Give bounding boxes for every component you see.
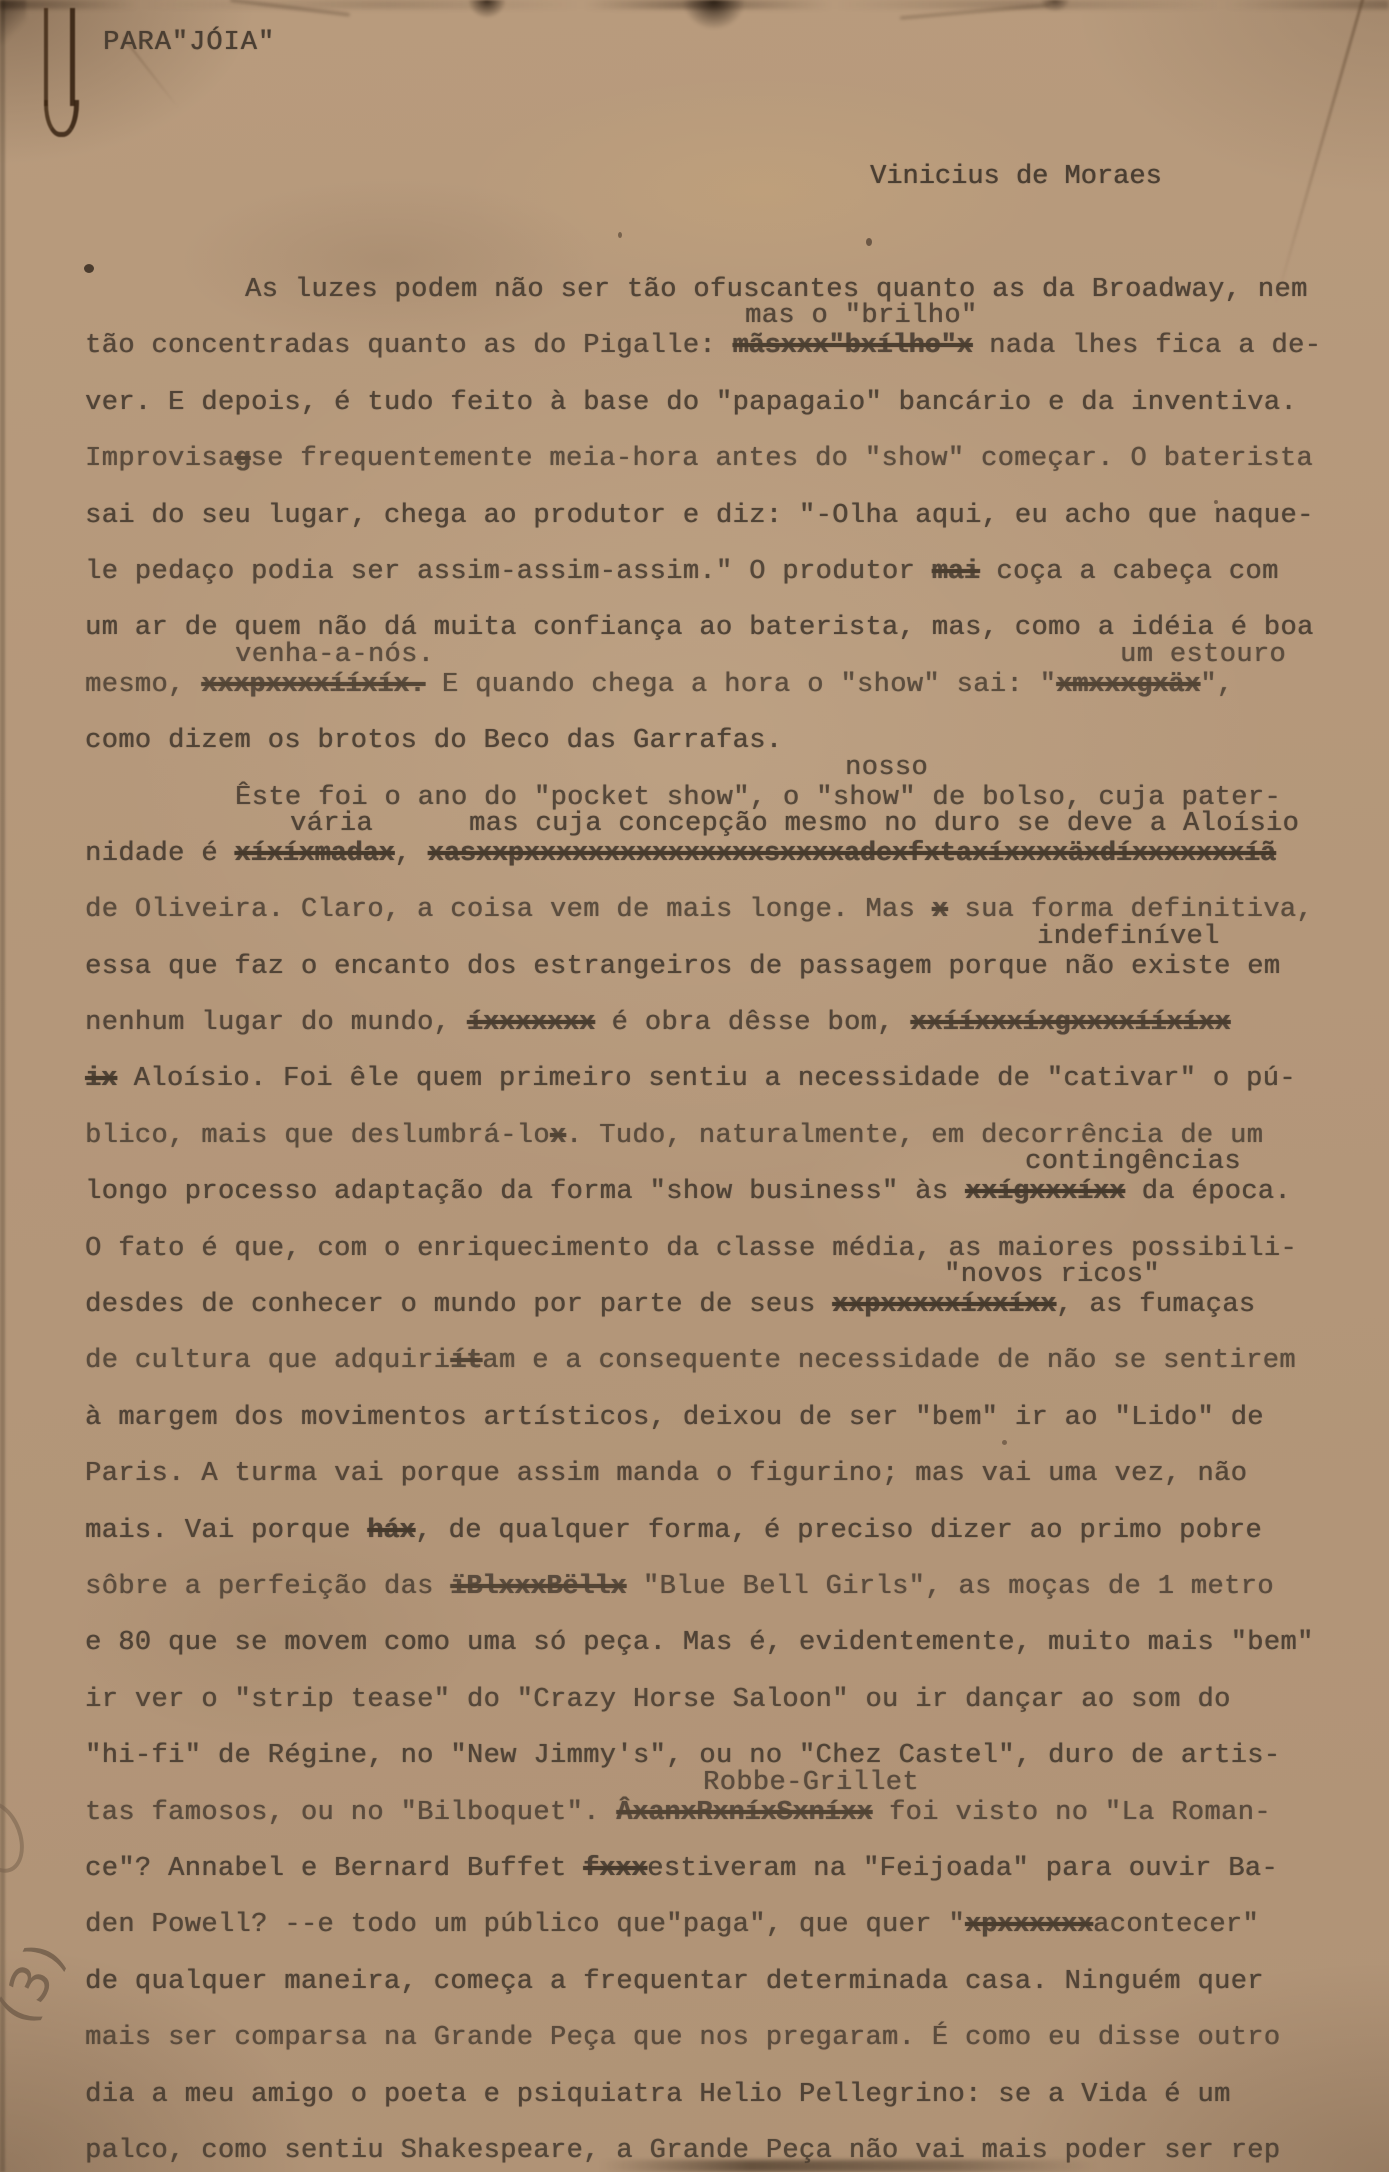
typed-text: mais ser comparsa na Grande Peça que nos… <box>85 2023 1280 2053</box>
paper-wrinkle <box>900 3 1050 19</box>
typed-line: sôbre a perfeição das ïBlxxxBëllx "Blue … <box>85 1559 1379 1615</box>
typed-text: à margem dos movimentos artísticos, deix… <box>85 1403 1264 1433</box>
typed-text: , de qualquer forma, é preciso dizer ao … <box>415 1516 1262 1546</box>
typed-line: "novos ricos"desdes de conhecer o mundo … <box>85 1277 1379 1333</box>
typed-text: se frequentemente meia-hora antes do "sh… <box>250 444 1313 474</box>
typed-text: "hi-fi" de Régine, no "New Jimmy's", ou … <box>85 1741 1280 1771</box>
manuscript-page: PARA"JÓIA" Vinicius de Moraes (3) As luz… <box>0 0 1389 2172</box>
paperclip-mark <box>44 8 75 106</box>
typed-line: Improvisagse frequentemente meia-hora an… <box>85 431 1379 487</box>
typed-text: desdes de conhecer o mundo por parte de … <box>85 1290 832 1320</box>
typed-line: Paris. A turma vai porque assim manda o … <box>85 1446 1379 1502</box>
typed-text: sai do seu lugar, chega ao produtor e di… <box>85 501 1314 531</box>
strikethrough-text: x <box>932 895 948 925</box>
page-number-handwritten: (3) <box>0 1930 79 2033</box>
strikethrough-text: íxxxxxxx <box>467 1008 595 1038</box>
typed-line: à margem dos movimentos artísticos, deix… <box>85 1390 1379 1446</box>
typed-line: venha-a-nós.um estouromesmo, xxxpxxxxííx… <box>85 657 1379 713</box>
strikethrough-text: xxííxxxíxgxxxxííxíxx <box>910 1008 1230 1038</box>
typed-line: ce"? Annabel e Bernard Buffet fxxxestive… <box>85 1841 1379 1897</box>
typed-line: le pedaço podia ser assim-assim-assim." … <box>85 544 1379 600</box>
typed-text: am e a consequente necessidade de não se… <box>482 1346 1296 1376</box>
typed-text: e 80 que se movem como uma só peça. Mas … <box>85 1628 1314 1658</box>
interline-insertion: "novos ricos" <box>944 1262 1160 1289</box>
strikethrough-text: fxxx <box>583 1854 647 1884</box>
typed-line: Robbe-Grillettas famosos, ou no "Bilboqu… <box>85 1785 1379 1841</box>
typed-line: indefinívelessa que faz o encanto dos es… <box>85 939 1379 995</box>
typed-line: As luzes podem não ser tão ofuscantes qu… <box>85 262 1379 318</box>
typed-text: blico, mais que deslumbrá-lo <box>85 1121 550 1151</box>
strikethrough-text: g <box>234 444 250 474</box>
paper-crease <box>1274 0 1365 304</box>
typed-text: Improvisa <box>85 444 234 474</box>
typescript-body: As luzes podem não ser tão ofuscantes qu… <box>85 262 1379 2172</box>
typed-text: mais. Vai porque <box>85 1516 367 1546</box>
typed-text: essa que faz o encanto dos estrangeiros … <box>85 952 1280 982</box>
typed-text: nidade é <box>85 839 234 869</box>
interline-insertion: mas cuja concepção mesmo no duro se deve… <box>469 811 1299 838</box>
typed-text: coça a cabeça com <box>980 557 1279 587</box>
typed-text: nada lhes fica a de- <box>973 331 1322 361</box>
paper-tear <box>468 0 506 18</box>
typed-text: ce"? Annabel e Bernard Buffet <box>85 1854 583 1884</box>
typed-text: tão concentradas quanto as do Pigalle: <box>85 331 733 361</box>
typed-line: O fato é que, com o enriquecimento da cl… <box>85 1221 1379 1277</box>
typed-text: de cultura que adquiri <box>85 1346 450 1376</box>
strikethrough-text: x <box>550 1121 566 1151</box>
typed-line: mas o "brilho"tão concentradas quanto as… <box>85 318 1379 374</box>
author-name: Vinicius de Moraes <box>870 162 1162 192</box>
typed-text: de Oliveira. Claro, a coisa vem de mais … <box>85 895 932 925</box>
strikethrough-text: xíxíxmadax <box>234 839 394 869</box>
strikethrough-text: ix <box>85 1064 117 1094</box>
strikethrough-text: háx <box>367 1516 415 1546</box>
typed-line: palco, como sentiu Shakespeare, a Grande… <box>85 2123 1379 2172</box>
typed-text: de qualquer maneira, começa a frequentar… <box>85 1967 1264 1997</box>
typed-line: contingênciaslongo processo adaptação da… <box>85 1164 1379 1220</box>
interline-insertion: indefinível <box>1037 924 1220 951</box>
typed-text: dia a meu amigo o poeta e psiquiatra Hel… <box>85 2080 1231 2110</box>
interline-insertion: vária <box>290 811 373 838</box>
margin-pencil-mark <box>0 1794 33 1880</box>
torn-top-edge <box>0 0 1389 9</box>
typed-text: sôbre a perfeição das <box>85 1572 450 1602</box>
typed-text: acontecer" <box>1093 1910 1259 1940</box>
typed-line: mais. Vai porque háx, de qualquer forma,… <box>85 1503 1379 1559</box>
strikethrough-text: xxxpxxxxííxíx. <box>201 670 425 700</box>
typed-text: tas famosos, ou no "Bilboquet". <box>85 1798 616 1828</box>
ink-dot <box>866 238 872 246</box>
typed-line: de qualquer maneira, começa a frequentar… <box>85 1954 1379 2010</box>
typed-text: como dizem os brotos do Beco das Garrafa… <box>85 726 782 756</box>
typed-text: le pedaço podia ser assim-assim-assim." … <box>85 557 932 587</box>
corner-shadow <box>0 0 26 44</box>
typed-text: estiveram na "Feijoada" para ouvir Ba- <box>647 1854 1278 1884</box>
typed-line: dia a meu amigo o poeta e psiquiatra Hel… <box>85 2067 1379 2123</box>
typed-line: e 80 que se movem como uma só peça. Mas … <box>85 1615 1379 1671</box>
strikethrough-text: ít <box>450 1346 482 1376</box>
typed-text: Paris. A turma vai porque assim manda o … <box>85 1459 1247 1489</box>
typed-text: "Blue Bell Girls", as moças de 1 metro <box>626 1572 1274 1602</box>
recipient-label: PARA"JÓIA" <box>103 28 275 58</box>
ink-dot <box>618 232 622 238</box>
typed-text: foi visto no "La Roman- <box>872 1798 1270 1828</box>
typed-text: ir ver o "strip tease" do "Crazy Horse S… <box>85 1685 1231 1715</box>
typed-line: váriamas cuja concepção mesmo no duro se… <box>85 826 1379 882</box>
strikethrough-text: mai <box>932 557 980 587</box>
typed-text: um ar de quem não dá muita confiança ao … <box>85 613 1314 643</box>
typed-text: ver. E depois, é tudo feito à base do "p… <box>85 388 1297 418</box>
strikethrough-text: xpxxxxxx <box>965 1910 1093 1940</box>
typed-line: como dizem os brotos do Beco das Garrafa… <box>85 713 1379 769</box>
typed-text: Aloísio. Foi êle quem primeiro sentiu a … <box>117 1064 1296 1094</box>
typed-text: , as fumaças <box>1056 1290 1255 1320</box>
typed-text: da época. <box>1125 1177 1291 1207</box>
typed-text: den Powell? --e todo um público que"paga… <box>85 1910 965 1940</box>
interline-insertion: venha-a-nós. <box>235 642 434 669</box>
typed-line: ir ver o "strip tease" do "Crazy Horse S… <box>85 1672 1379 1728</box>
typed-text: palco, como sentiu Shakespeare, a Grande… <box>85 2136 1280 2166</box>
interline-insertion: um estouro <box>1120 642 1286 669</box>
typed-line: de cultura que adquiriítam e a consequen… <box>85 1333 1379 1389</box>
typed-line: nenhum lugar do mundo, íxxxxxxx é obra d… <box>85 995 1379 1051</box>
interline-insertion: mas o "brilho" <box>745 303 977 330</box>
strikethrough-text: mãsxxx"bxílho"x <box>733 331 973 361</box>
typed-text: sua forma definitiva, <box>948 895 1313 925</box>
typed-text: mesmo, <box>85 670 201 700</box>
paper-tear <box>682 0 746 30</box>
typed-line: sai do seu lugar, chega ao produtor e di… <box>85 488 1379 544</box>
strikethrough-text: xxpxxxxxíxxíxx <box>832 1290 1056 1320</box>
typed-line: den Powell? --e todo um público que"paga… <box>85 1897 1379 1953</box>
typed-text: , <box>394 839 427 869</box>
paper-wrinkle <box>230 0 349 16</box>
typed-text: nenhum lugar do mundo, <box>85 1008 467 1038</box>
typed-line: ver. E depois, é tudo feito à base do "p… <box>85 375 1379 431</box>
interline-insertion: Robbe-Grillet <box>703 1770 919 1797</box>
typed-line: ix Aloísio. Foi êle quem primeiro sentiu… <box>85 1051 1379 1107</box>
strikethrough-text: xmxxxgxäx <box>1056 670 1200 700</box>
strikethrough-text: ïBlxxxBëllx <box>450 1572 626 1602</box>
interline-insertion: contingências <box>1025 1149 1241 1176</box>
paper-tear <box>1040 0 1070 12</box>
strikethrough-text: xxígxxxíxx <box>965 1177 1125 1207</box>
interline-insertion: nosso <box>845 755 928 782</box>
strikethrough-text: xasxxpxxxxxxxxxxxxxxxsxxxxadexfxtaxíxxxx… <box>428 839 1276 869</box>
typed-text: longo processo adaptação da forma "show … <box>85 1177 965 1207</box>
typed-line: mais ser comparsa na Grande Peça que nos… <box>85 2010 1379 2066</box>
strikethrough-text: ÂxanxRxníxSxníxx <box>616 1798 872 1828</box>
typed-text: ", <box>1200 670 1233 700</box>
typed-text: é obra dêsse bom, <box>595 1008 910 1038</box>
typed-text: E quando chega a hora o "show" sai: " <box>425 670 1056 700</box>
